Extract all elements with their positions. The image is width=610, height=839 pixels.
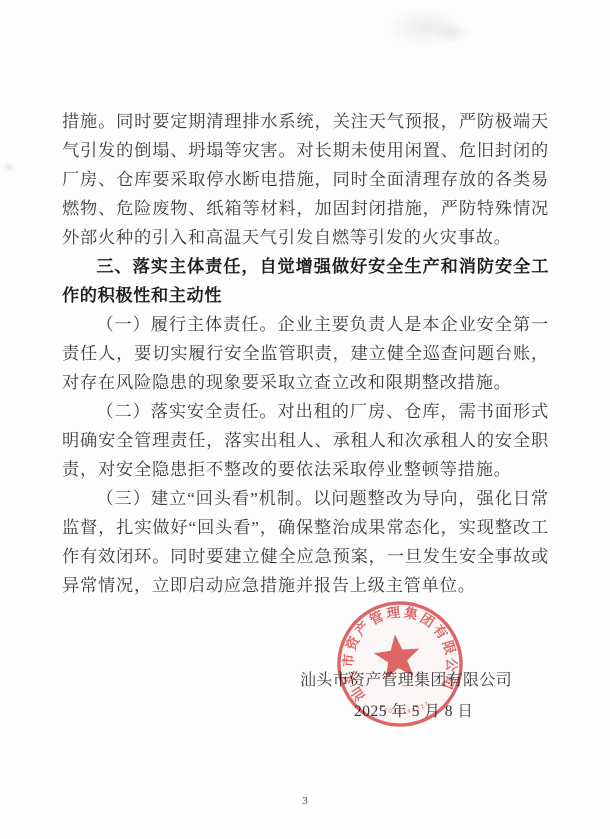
scan-smudge xyxy=(0,160,18,174)
signature-date: 2025 年 5 月 8 日 xyxy=(354,699,473,721)
scan-smudge xyxy=(370,0,480,55)
paragraph-item-1: （一）履行主体责任。企业主要负责人是本企业安全第一责任人，要切实履行安全监管职责… xyxy=(62,310,549,397)
signature-company-name: 汕头市资产管理集团有限公司 xyxy=(300,667,512,690)
paragraph-continuation: 措施。同时要定期清理排水系统，关注天气预报，严防极端天气引发的倒塌、坍塌等灾害。… xyxy=(62,107,549,252)
page-number: 3 xyxy=(0,795,610,807)
document-page: 措施。同时要定期清理排水系统，关注天气预报，严防极端天气引发的倒塌、坍塌等灾害。… xyxy=(0,0,610,839)
paragraph-item-3: （三）建立“回头看”机制。以问题整改为导向，强化日常监督，扎实做好“回头看”，确… xyxy=(62,484,549,600)
scan-smudge xyxy=(425,18,480,48)
paragraph-item-2: （二）落实安全责任。对出租的厂房、仓库，需书面形式明确安全管理责任，落实出租人、… xyxy=(62,397,549,484)
document-body: 措施。同时要定期清理排水系统，关注天气预报，严防极端天气引发的倒塌、坍塌等灾害。… xyxy=(62,107,549,600)
section-heading: 三、落实主体责任，自觉增强做好安全生产和消防安全工作的积极性和主动性 xyxy=(62,252,549,310)
